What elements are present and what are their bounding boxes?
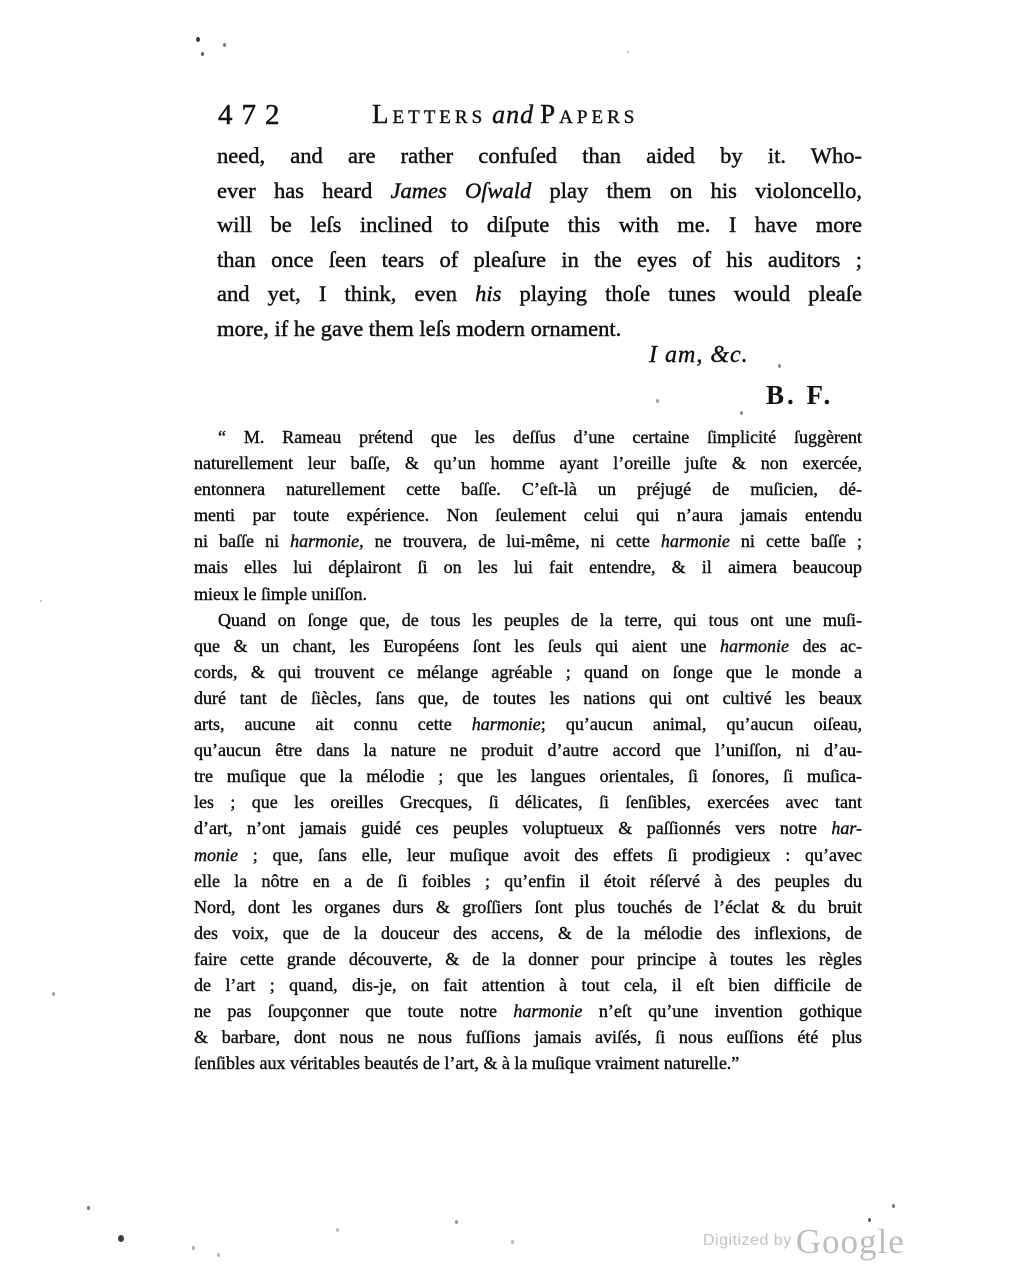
scan-speck bbox=[892, 1204, 895, 1208]
scan-speck bbox=[336, 1228, 339, 1232]
text-line: faire cette grande découverte, & de la d… bbox=[194, 946, 862, 972]
text-line: than once ſeen tears of pleaſure in the … bbox=[217, 243, 862, 278]
scan-speck bbox=[40, 600, 42, 602]
text-line: ni baſſe ni harmonie, ne trouvera, de lu… bbox=[194, 528, 862, 554]
text-line: de l’art ; quand, dis-je, on fait attent… bbox=[194, 972, 862, 998]
text-line: monie ; que, ſans elle, leur muſique avo… bbox=[194, 842, 862, 868]
text-line: des voix, que de la douceur des accens, … bbox=[194, 920, 862, 946]
scan-speck bbox=[217, 1253, 220, 1257]
scan-speck bbox=[511, 1240, 514, 1244]
text-line: “ M. Rameau prétend que les deſſus d’une… bbox=[194, 424, 862, 450]
scan-speck bbox=[868, 1218, 871, 1222]
text-line: need, and are rather confuſed than aided… bbox=[217, 139, 862, 174]
scan-speck bbox=[455, 1220, 458, 1224]
text-line: arts, aucune ait connu cette harmonie; q… bbox=[194, 711, 862, 737]
text-line: d’art, n’ont jamais guidé ces peuples vo… bbox=[194, 815, 862, 841]
letter-signature: B. F. bbox=[766, 380, 833, 411]
letter-body-text: need, and are rather confuſed than aided… bbox=[217, 139, 862, 346]
running-title-conjunction: and bbox=[492, 100, 534, 129]
text-line: ne pas ſoupçonner que toute notre harmon… bbox=[194, 998, 862, 1024]
page-number: 472 bbox=[218, 99, 289, 132]
running-title: LettersandPapers bbox=[372, 99, 638, 130]
scan-speck bbox=[778, 364, 781, 368]
scan-speck bbox=[52, 992, 55, 996]
scan-speck bbox=[118, 1235, 124, 1242]
text-line: menti par toute expérience. Non ſeulemen… bbox=[194, 502, 862, 528]
running-title-word: Papers bbox=[540, 99, 638, 129]
scan-speck bbox=[627, 51, 629, 53]
text-line: will be leſs inclined to diſpute this wi… bbox=[217, 208, 862, 243]
text-line: tre muſique que la mélodie ; que les lan… bbox=[194, 763, 862, 789]
text-line: mieux le ſimple uniſſon. bbox=[194, 581, 862, 607]
scan-speck bbox=[201, 52, 204, 56]
text-line: and yet, I think, even his playing thoſe… bbox=[217, 277, 862, 312]
scan-speck bbox=[196, 37, 200, 42]
text-line: que & un chant, les Européens ſont les ſ… bbox=[194, 633, 862, 659]
text-line: naturellement leur baſſe, & qu’un homme … bbox=[194, 450, 862, 476]
digitized-by-watermark: Digitized by Google bbox=[703, 1222, 905, 1262]
text-line: Quand on ſonge que, de tous les peuples … bbox=[194, 607, 862, 633]
running-title-word: Letters bbox=[372, 99, 486, 129]
scan-speck bbox=[192, 1246, 195, 1250]
text-line: les ; que les oreilles Grecques, ſi déli… bbox=[194, 789, 862, 815]
google-logo: Google bbox=[796, 1222, 905, 1261]
text-line: cords, & qui trouvent ce mélange agréabl… bbox=[194, 659, 862, 685]
text-line: elle la nôtre en a de ſi foibles ; qu’en… bbox=[194, 868, 862, 894]
text-line: ſenſibles aux véritables beautés de l’ar… bbox=[194, 1050, 862, 1076]
scan-speck bbox=[656, 399, 659, 403]
text-line: duré tant de ſiècles, ſans que, de toute… bbox=[194, 685, 862, 711]
letter-signoff: I am, &c. bbox=[649, 342, 749, 369]
scan-speck bbox=[87, 1206, 90, 1210]
book-page-scan: 472 LettersandPapers need, and are rathe… bbox=[0, 0, 1014, 1282]
text-line: & barbare, dont nous ne nous fuſſions ja… bbox=[194, 1024, 862, 1050]
scan-speck bbox=[740, 411, 743, 415]
text-line: Nord, dont les organes durs & groſſiers … bbox=[194, 894, 862, 920]
text-line: more, if he gave them leſs modern orname… bbox=[217, 312, 862, 347]
text-line: entonnera naturellement cette baſſe. C’e… bbox=[194, 476, 862, 502]
footnote-quote-text: “ M. Rameau prétend que les deſſus d’une… bbox=[194, 424, 862, 1076]
text-line: qu’aucun être dans la nature ne produit … bbox=[194, 737, 862, 763]
text-line: ever has heard James Oſwald play them on… bbox=[217, 174, 862, 209]
scan-speck bbox=[223, 43, 226, 47]
text-line: mais elles lui déplairont ſi on les lui … bbox=[194, 554, 862, 580]
watermark-prefix-text: Digitized by bbox=[703, 1232, 792, 1249]
